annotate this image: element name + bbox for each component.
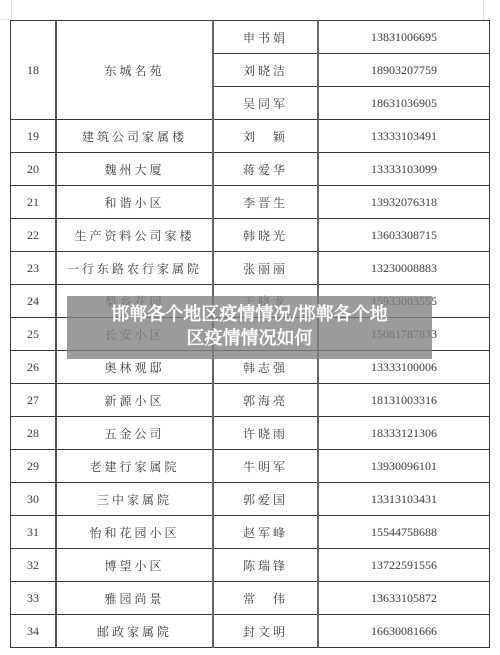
community-name: 生产资料公司家楼	[56, 219, 213, 252]
contact-phone: 13831006695	[318, 21, 490, 54]
row-index: 25	[11, 318, 57, 351]
row-index: 33	[11, 582, 57, 615]
contact-person: 刘 颖	[213, 120, 318, 153]
row-index: 30	[11, 483, 57, 516]
overlay-title-line-2: 区疫情情况如何	[67, 327, 432, 351]
contact-phone: 18131003316	[318, 384, 490, 417]
row-index: 27	[11, 384, 57, 417]
community-name: 老建行家属院	[56, 450, 213, 483]
contact-person: 申书娟	[213, 21, 318, 54]
community-name: 一行东路农行家属院	[56, 252, 213, 285]
contact-person: 常 伟	[213, 582, 318, 615]
contact-phone: 13930096101	[318, 450, 490, 483]
table-row: 18 东城名苑 申书娟 13831006695	[11, 21, 490, 54]
contact-phone: 16630081666	[318, 615, 490, 648]
row-index: 20	[11, 153, 57, 186]
row-index: 26	[11, 351, 57, 384]
row-index: 18	[11, 21, 57, 120]
contact-phone: 18333121306	[318, 417, 490, 450]
community-name: 新源小区	[56, 384, 213, 417]
row-index: 19	[11, 120, 57, 153]
page-margin-marker-top	[0, 19, 10, 20]
row-index: 22	[11, 219, 57, 252]
contact-phone: 13722591556	[318, 549, 490, 582]
row-index: 31	[11, 516, 57, 549]
table-row: 27 新源小区 郭海亮 18131003316	[11, 384, 490, 417]
community-name: 邮政家属院	[56, 615, 213, 648]
contact-phone: 13230008883	[318, 252, 490, 285]
contact-phone: 13333103491	[318, 120, 490, 153]
page-margin-marker-left	[11, 0, 12, 20]
watermark	[380, 645, 490, 653]
article-title-overlay: 邯郸各个地区疫情情况/邯郸各个地 区疫情情况如何	[67, 296, 432, 359]
table-row: 32 博望小区 陈瑞锋 13722591556	[11, 549, 490, 582]
contact-person: 牛明军	[213, 450, 318, 483]
contact-phone: 18631036905	[318, 87, 490, 120]
contact-phone: 13333103099	[318, 153, 490, 186]
contact-phone: 13633105872	[318, 582, 490, 615]
contact-person: 张丽丽	[213, 252, 318, 285]
contact-person: 郭海亮	[213, 384, 318, 417]
contact-person: 许晓雨	[213, 417, 318, 450]
community-name: 魏州大厦	[56, 153, 213, 186]
table-row: 29 老建行家属院 牛明军 13930096101	[11, 450, 490, 483]
contact-person: 蒋爱华	[213, 153, 318, 186]
contact-phone: 13313103431	[318, 483, 490, 516]
row-index: 32	[11, 549, 57, 582]
row-index: 21	[11, 186, 57, 219]
table-row: 23 一行东路农行家属院 张丽丽 13230008883	[11, 252, 490, 285]
table-row: 28 五金公司 许晓雨 18333121306	[11, 417, 490, 450]
contact-phone: 13932076318	[318, 186, 490, 219]
row-index: 34	[11, 615, 57, 648]
table-row: 33 雅园尚景 常 伟 13633105872	[11, 582, 490, 615]
contact-phone: 13603308715	[318, 219, 490, 252]
contact-person: 吴同军	[213, 87, 318, 120]
contact-phone: 15544758688	[318, 516, 490, 549]
overlay-title-line-1: 邯郸各个地区疫情情况/邯郸各个地	[67, 303, 432, 327]
table-row: 34 邮政家属院 封文明 16630081666	[11, 615, 490, 648]
contact-phone: 18903207759	[318, 54, 490, 87]
community-name: 雅园尚景	[56, 582, 213, 615]
table-row: 21 和谐小区 李晋生 13932076318	[11, 186, 490, 219]
community-name: 五金公司	[56, 417, 213, 450]
contact-person: 赵军峰	[213, 516, 318, 549]
contact-person: 刘晓洁	[213, 54, 318, 87]
contact-person: 陈瑞锋	[213, 549, 318, 582]
row-index: 23	[11, 252, 57, 285]
table-row: 19 建筑公司家属楼 刘 颖 13333103491	[11, 120, 490, 153]
page-margin-marker-right	[483, 0, 484, 20]
table-row: 30 三中家属院 郭爱国 13313103431	[11, 483, 490, 516]
community-name: 三中家属院	[56, 483, 213, 516]
community-name: 和谐小区	[56, 186, 213, 219]
row-index: 29	[11, 450, 57, 483]
table-row: 31 怡和花园小区 赵军峰 15544758688	[11, 516, 490, 549]
community-name: 博望小区	[56, 549, 213, 582]
table-row: 22 生产资料公司家楼 韩晓光 13603308715	[11, 219, 490, 252]
contact-person: 封文明	[213, 615, 318, 648]
contact-person: 李晋生	[213, 186, 318, 219]
table-row: 20 魏州大厦 蒋爱华 13333103099	[11, 153, 490, 186]
community-name: 怡和花园小区	[56, 516, 213, 549]
contact-person: 郭爱国	[213, 483, 318, 516]
row-index: 24	[11, 285, 57, 318]
row-index: 28	[11, 417, 57, 450]
community-name: 东城名苑	[56, 21, 213, 120]
community-name: 建筑公司家属楼	[56, 120, 213, 153]
contact-person: 韩晓光	[213, 219, 318, 252]
